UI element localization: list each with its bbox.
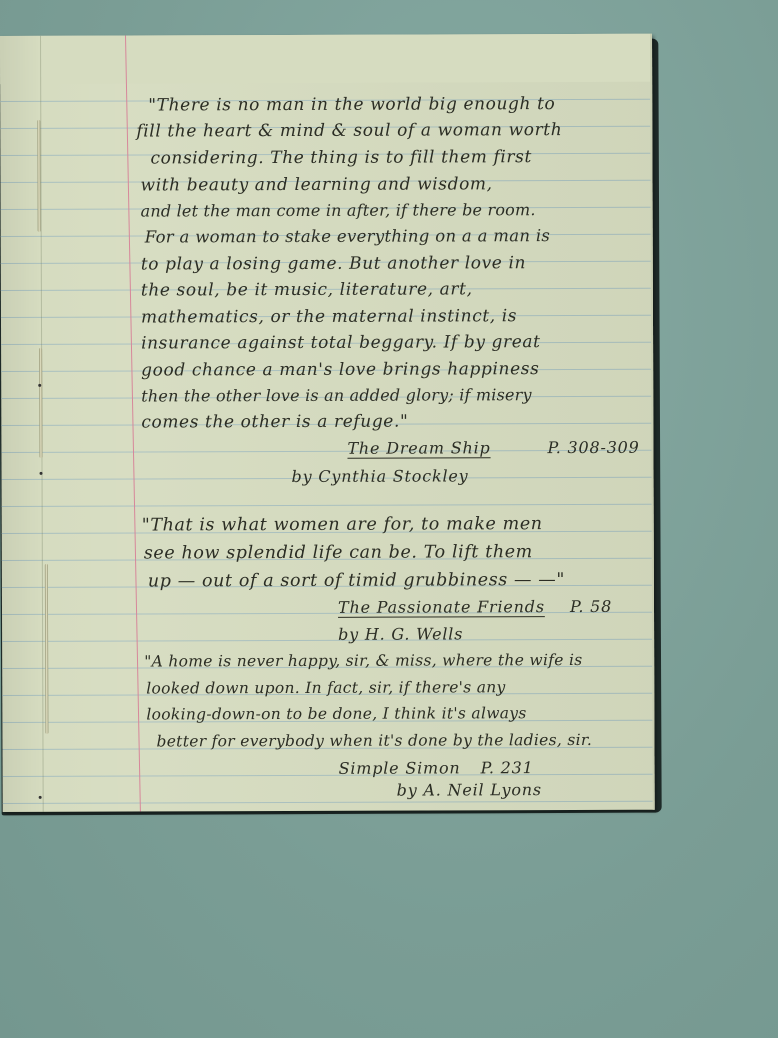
quote-line: insurance against total beggary. If by g… xyxy=(141,332,541,353)
quote-1: "There is no man in the world big enough… xyxy=(0,34,652,36)
quote-line: better for everybody when it's done by t… xyxy=(156,731,592,751)
quote-line: with beauty and learning and wisdom, xyxy=(140,174,492,195)
author-line: by Cynthia Stockley xyxy=(292,466,469,486)
source-pages: P. 231 xyxy=(481,758,534,777)
quote-line: looked down upon. In fact, sir, if there… xyxy=(146,678,505,697)
quote-line: "There is no man in the world big enough… xyxy=(148,94,555,115)
quote-line: to play a losing game. But another love … xyxy=(141,253,526,274)
source-pages: P. 58 xyxy=(570,597,612,616)
source-title: The Dream Ship xyxy=(347,438,490,457)
quote-line: see how splendid life can be. To lift th… xyxy=(144,542,533,563)
author-line: by H. G. Wells xyxy=(338,624,463,643)
source-title: Simple Simon xyxy=(339,758,461,777)
handwritten-content: "There is no man in the world big enough… xyxy=(0,34,655,812)
quote-line: comes the other is a refuge." xyxy=(141,412,408,433)
notebook-page: "There is no man in the world big enough… xyxy=(0,34,655,812)
quote-line: fill the heart & mind & soul of a woman … xyxy=(136,120,562,141)
quote-line: good chance a man's love brings happines… xyxy=(141,359,539,380)
quote-line: looking-down-on to be done, I think it's… xyxy=(146,704,526,723)
quote-line: and let the man come in after, if there … xyxy=(141,200,536,220)
quote-line: up — out of a sort of timid grubbiness —… xyxy=(148,570,565,591)
quote-3: "A home is never happy, sir, & miss, whe… xyxy=(0,34,652,36)
quote-line: For a woman to stake everything on a a m… xyxy=(145,226,551,246)
source-title: The Passionate Friends xyxy=(338,597,545,617)
source-pages: P. 308-309 xyxy=(547,438,639,457)
author-line: by A. Neil Lyons xyxy=(397,780,542,800)
quote-line: then the other love is an added glory; i… xyxy=(141,385,532,405)
quote-line: "A home is never happy, sir, & miss, whe… xyxy=(144,651,582,671)
quote-2: "That is what women are for, to make men… xyxy=(0,34,652,36)
quote-line: mathematics, or the maternal instinct, i… xyxy=(141,306,517,327)
quote-line: "That is what women are for, to make men xyxy=(142,514,543,535)
quote-line: the soul, be it music, literature, art, xyxy=(141,279,473,300)
quote-line: considering. The thing is to fill them f… xyxy=(150,147,532,168)
